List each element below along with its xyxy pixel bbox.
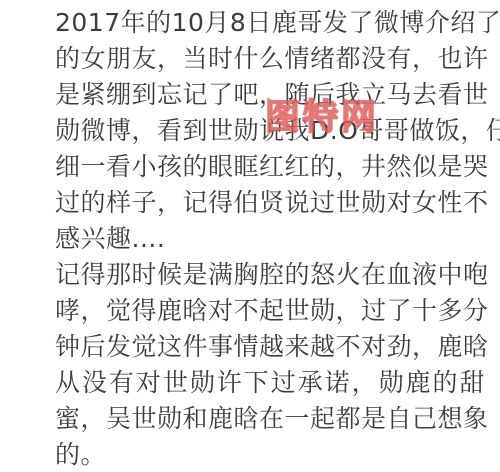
note-line-12: 蜜，吴世勋和鹿晗在一起都是自己想象 (55, 401, 485, 437)
note-line-3: 是紧绷到忘记了吧，随后我立马去看世 (55, 77, 485, 113)
note-line-5: 细一看小孩的眼眶红红的，井然似是哭 (55, 149, 485, 185)
note-line-11: 从没有对世勋许下过承诺，勋鹿的甜 (55, 365, 485, 401)
note-line-4: 勋微博，看到世勋说我D.O哥哥做饭，仔 (55, 113, 485, 149)
handwritten-note-page: 图特网 2017年的10月8日鹿哥发了微博介绍了他 的女朋友，当时什么情绪都没有… (0, 0, 500, 472)
note-line-6: 过的样子，记得伯贤说过世勋对女性不 (55, 185, 485, 221)
note-text-block: 2017年的10月8日鹿哥发了微博介绍了他 的女朋友，当时什么情绪都没有，也许 … (55, 5, 485, 472)
note-line-13: 的。 (55, 437, 485, 472)
note-line-8: 记得那时候是满胸腔的怒火在血液中咆 (55, 257, 485, 293)
note-line-1: 2017年的10月8日鹿哥发了微博介绍了他 (55, 5, 485, 41)
note-line-9: 哮，觉得鹿晗对不起世勋，过了十多分 (55, 293, 485, 329)
note-line-2: 的女朋友，当时什么情绪都没有，也许 (55, 41, 485, 77)
note-line-7: 感兴趣.... (55, 221, 485, 257)
note-line-10: 钟后发觉这件事情越来越不对劲，鹿晗 (55, 329, 485, 365)
